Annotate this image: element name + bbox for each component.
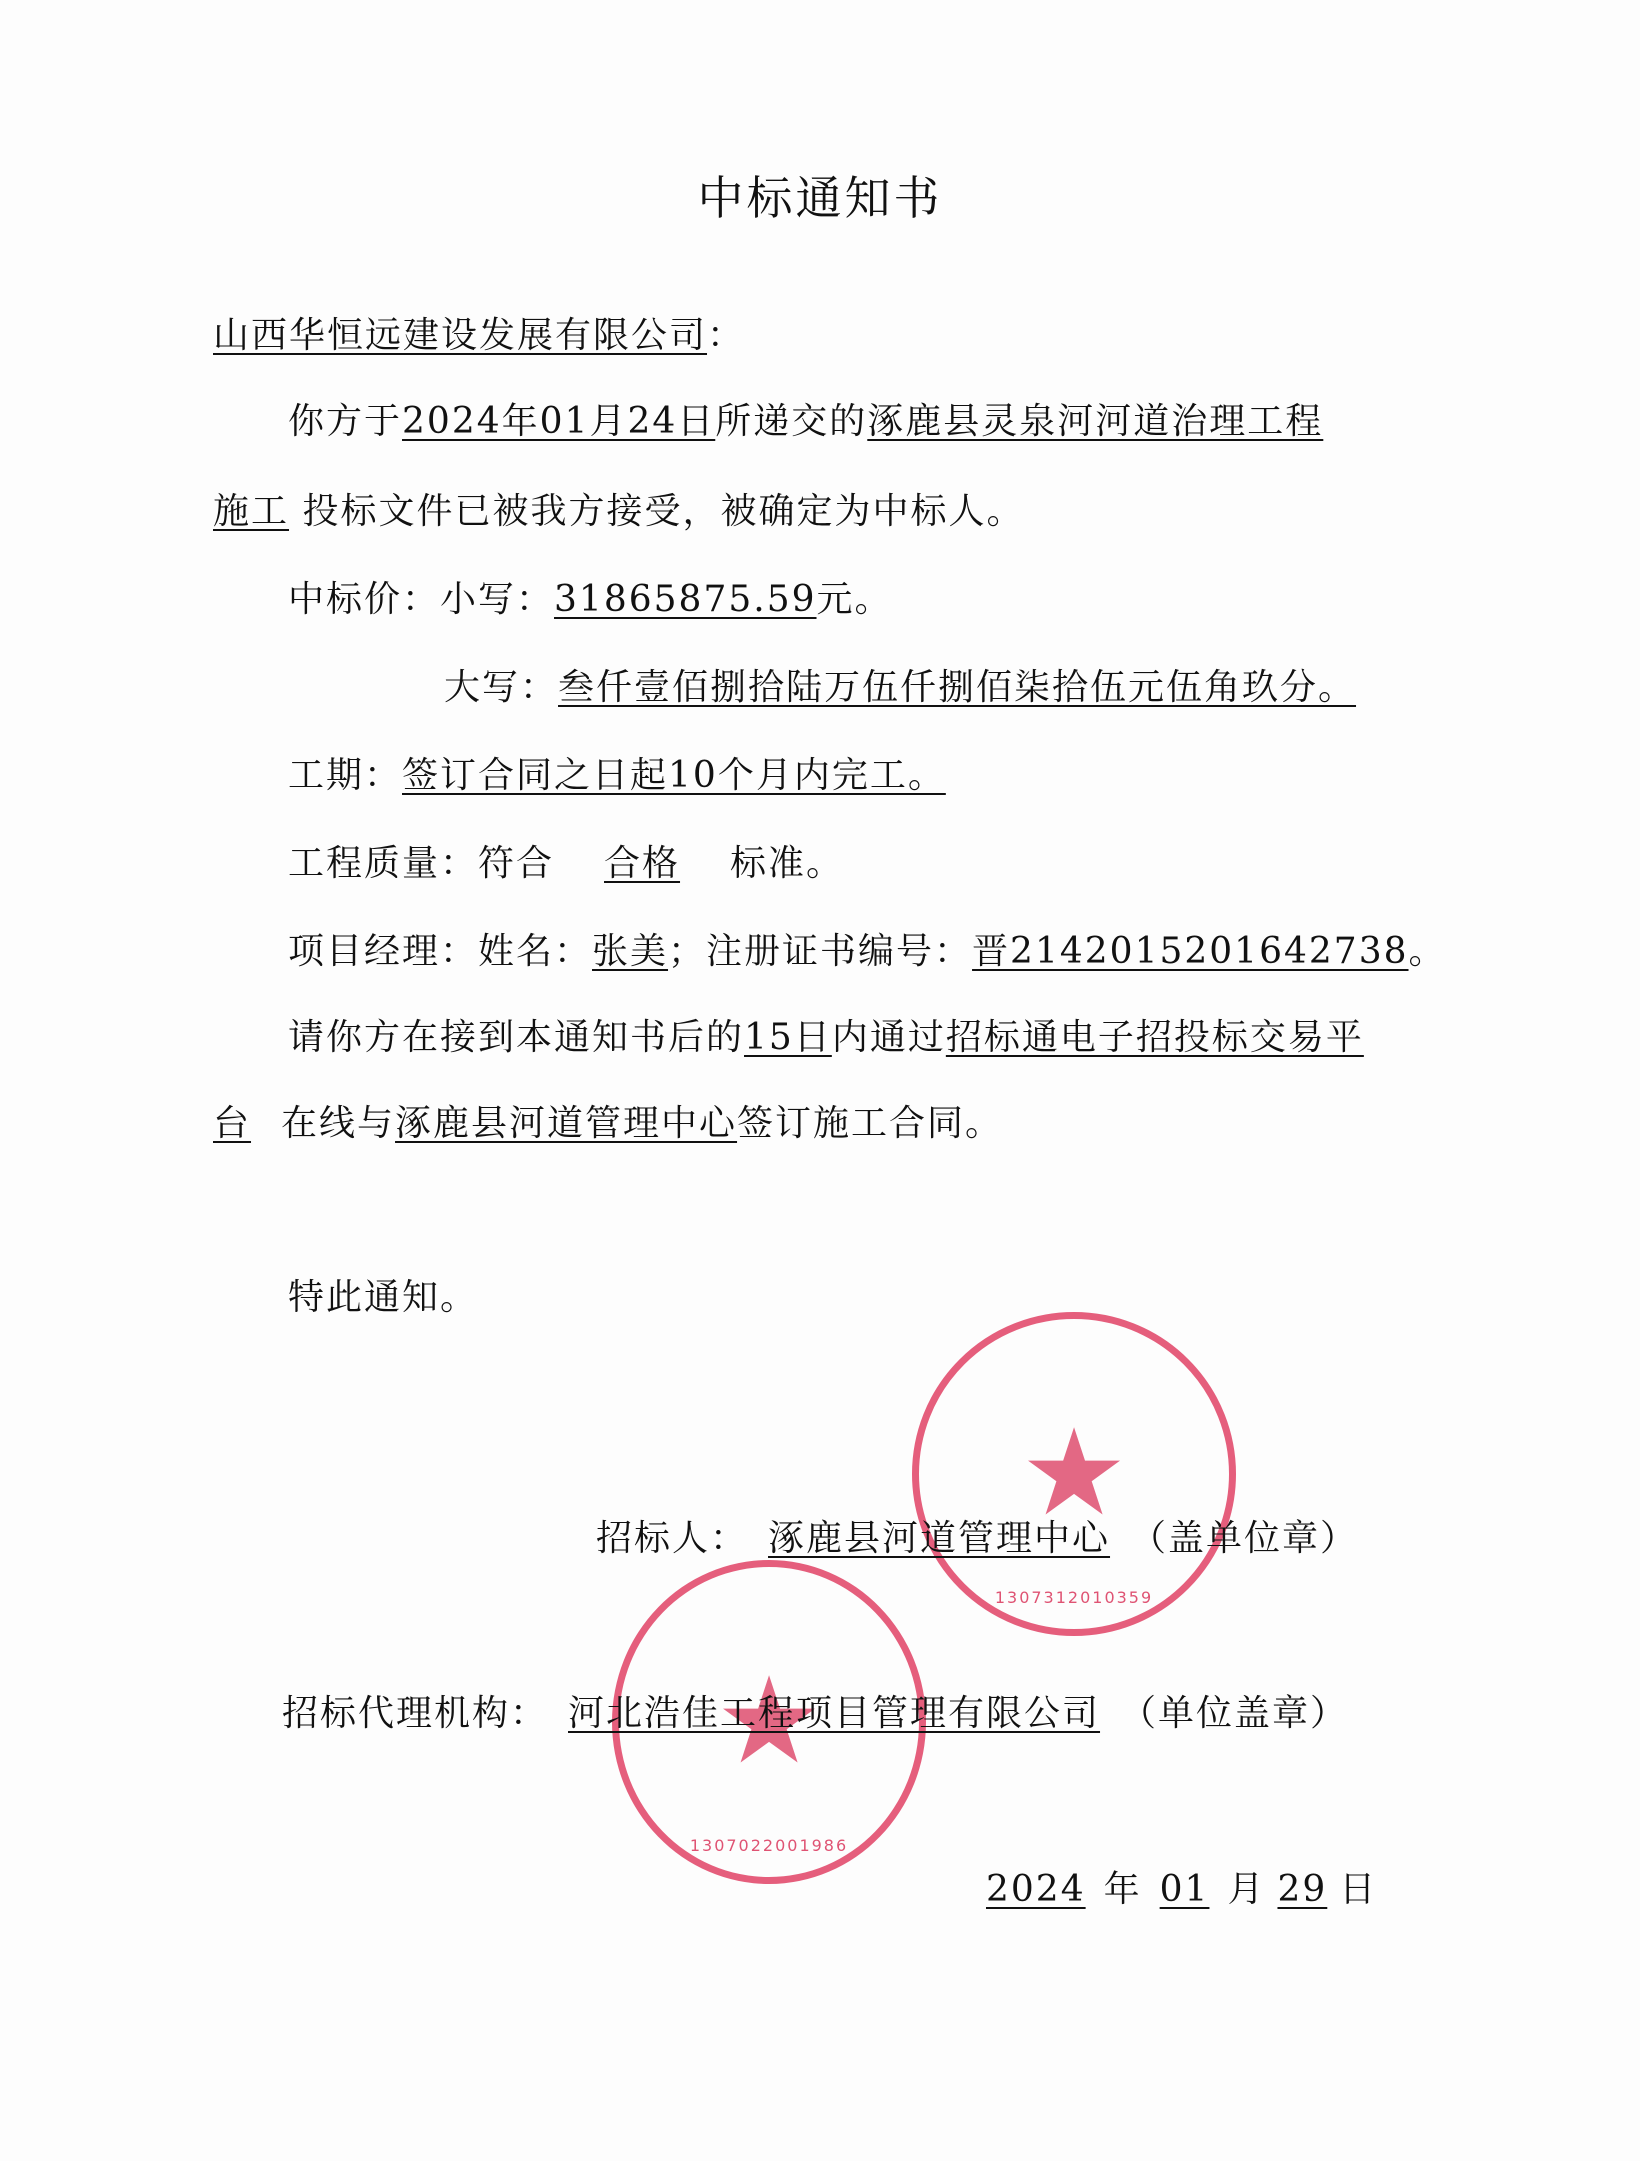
platform-name: 招标通电子招投标交易平 (946, 1017, 1364, 1058)
tenderer-line: 招标人：涿鹿县河道管理中心（盖单位章） (596, 1515, 1358, 1563)
closing-text: 特此通知。 (288, 1274, 478, 1322)
price-upper-amount: 叁仟壹佰捌拾陆万伍仟捌佰柒拾伍元伍角玖分。 (558, 667, 1356, 708)
agency-name: 河北浩佳工程项目管理有限公司 (548, 1693, 1120, 1734)
document-title: 中标通知书 (0, 162, 1640, 228)
price-upper-line: 大写：叁仟壹佰捌拾陆万伍仟捌佰柒拾伍元伍角玖分。 (444, 664, 1356, 712)
price-line: 中标价：小写：31865875.59元。 (288, 576, 893, 624)
sign-days: 15日 (744, 1017, 832, 1058)
tenderer-name: 涿鹿县河道管理中心 (748, 1518, 1130, 1559)
para2-line1: 请你方在接到本通知书后的15日内通过招标通电子招投标交易平 (288, 1014, 1364, 1062)
para2-line2: 台在线与涿鹿县河道管理中心签订施工合同。 (213, 1100, 1003, 1148)
quality-line: 工程质量：符合合格标准。 (288, 840, 844, 888)
recipient-line: 山西华恒远建设发展有限公司： (213, 312, 745, 360)
submission-date: 2024年01月24日 (402, 401, 715, 442)
agency-line: 招标代理机构：河北浩佳工程项目管理有限公司（单位盖章） (282, 1690, 1348, 1738)
para1-line1: 你方于2024年01月24日所递交的涿鹿县灵泉河河道治理工程 (288, 398, 1323, 446)
contract-party: 涿鹿县河道管理中心 (395, 1103, 737, 1144)
period-line: 工期：签订合同之日起10个月内完工。 (288, 752, 946, 800)
recipient-company: 山西华恒远建设发展有限公司 (213, 315, 707, 356)
price-amount: 31865875.59 (554, 579, 817, 620)
manager-line: 项目经理：姓名：张美；注册证书编号：晋2142015201642738。 (288, 928, 1447, 976)
quality-value: 合格 (554, 843, 730, 884)
manager-cert: 晋2142015201642738 (972, 931, 1408, 972)
project-name: 涿鹿县灵泉河河道治理工程 (867, 401, 1323, 442)
para1-line2: 施工 投标文件已被我方接受，被确定为中标人。 (213, 488, 1024, 536)
tenderer-stamp: ★ 1307312010359 (912, 1312, 1236, 1636)
manager-name: 张美 (592, 931, 668, 972)
period-value: 签订合同之日起10个月内完工。 (402, 755, 946, 796)
issue-date: 2024年01月29日 (950, 1866, 1377, 1914)
